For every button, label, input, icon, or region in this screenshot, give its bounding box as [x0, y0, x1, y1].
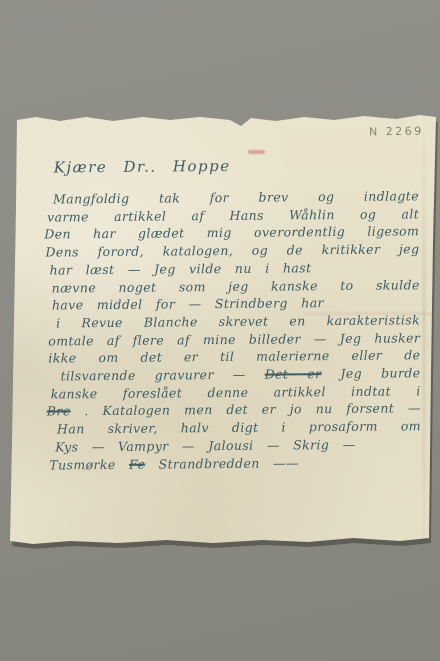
letter-paper: N 2269 Kjære Dr.. Hoppe Mangfoldig tak f…	[8, 112, 438, 546]
letter-line-segment: omtale af flere af mine billeder — Jeg h…	[48, 330, 420, 348]
red-smudge	[248, 150, 265, 154]
letter-line-segment: tilsvarende gravurer —	[60, 367, 264, 384]
letter-line-segment: kanske foreslået denne artikkel indtat i	[51, 383, 421, 401]
letter-line-segment: i Revue Blanche skrevet en karakteristis…	[56, 312, 420, 330]
letter-line-segment: Bre	[47, 404, 71, 419]
letter-salutation: Kjære Dr.. Hoppe	[54, 154, 437, 177]
letter-body: Kjære Dr.. Hoppe Mangfoldig tak for brev…	[7, 154, 440, 474]
letter-line: Tusmørke Fe Strandbredden ——	[49, 453, 421, 474]
letter-lines: Mangfoldig tak for brev og indlagtevarme…	[45, 187, 421, 474]
archive-number: N 2269	[369, 125, 424, 139]
photo-background: N 2269 Kjære Dr.. Hoppe Mangfoldig tak f…	[0, 0, 440, 661]
letter-line-segment: ikke om det er til malerierne eller de	[48, 348, 420, 366]
letter-line-segment: have middel for — Strindberg har	[52, 295, 324, 312]
letter-line-segment: Det er	[265, 366, 322, 381]
letter-line: Han skriver, halv digt i prosaform om	[57, 417, 421, 438]
letter-line-segment: Tusmørke	[49, 456, 129, 472]
letter-line-segment: Han skriver, halv digt i prosaform om	[57, 418, 421, 436]
letter-line-segment: Dens forord, katalogen, og de kritikker …	[45, 241, 419, 259]
letter-line-segment: Den har glædet mig overordentlig ligesom	[44, 224, 419, 242]
letter-line-segment: Fe	[129, 456, 145, 471]
letter-line-segment: Mangfoldig tak for brev og indlagte	[53, 188, 419, 206]
letter-line-segment: nævne noget som jeg kanske to skulde	[52, 277, 420, 295]
letter-line: Dens forord, katalogen, og de kritikker …	[45, 240, 419, 261]
letter-line-segment: varme artikkel af Hans Wåhlin og alt	[47, 206, 419, 224]
letter-line-segment: har læst — Jeg vilde nu i hast	[50, 260, 312, 277]
letter-line-segment: Jeg burde	[321, 365, 420, 381]
letter-line-segment: Kys — Vampyr — Jalousi — Skrig —	[55, 437, 356, 455]
letter-line-segment: . Katalogen men det er jo nu forsent —	[71, 401, 421, 419]
letter-line-segment: Strandbredden ——	[145, 455, 299, 471]
letter-line: nævne noget som jeg kanske to skulde	[52, 276, 420, 297]
